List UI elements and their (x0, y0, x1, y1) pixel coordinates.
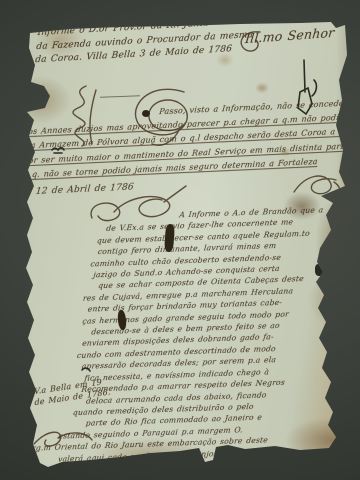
margin-ink-mark (80, 364, 92, 373)
paragraph-report: A Informe o A.o de Brandão que a de V.Ex… (76, 204, 324, 464)
photo-backdrop: Informe o D.or Prov.or da Rl. Junta da F… (0, 0, 360, 480)
tear-hole (315, 264, 324, 276)
margin-rubric-flourish (30, 422, 96, 452)
tear-ink-mark (292, 58, 322, 120)
marginal-despacho: Informe o D.or Prov.or da Rl. Junta da F… (35, 15, 255, 68)
signature-rubric-flourish (290, 162, 344, 202)
margin-ink-mark (50, 142, 66, 156)
ink-blot (142, 110, 150, 117)
manuscript-page: Informe o D.or Prov.or da Rl. Junta da F… (0, 0, 360, 480)
margin-ink-mark (18, 338, 30, 350)
